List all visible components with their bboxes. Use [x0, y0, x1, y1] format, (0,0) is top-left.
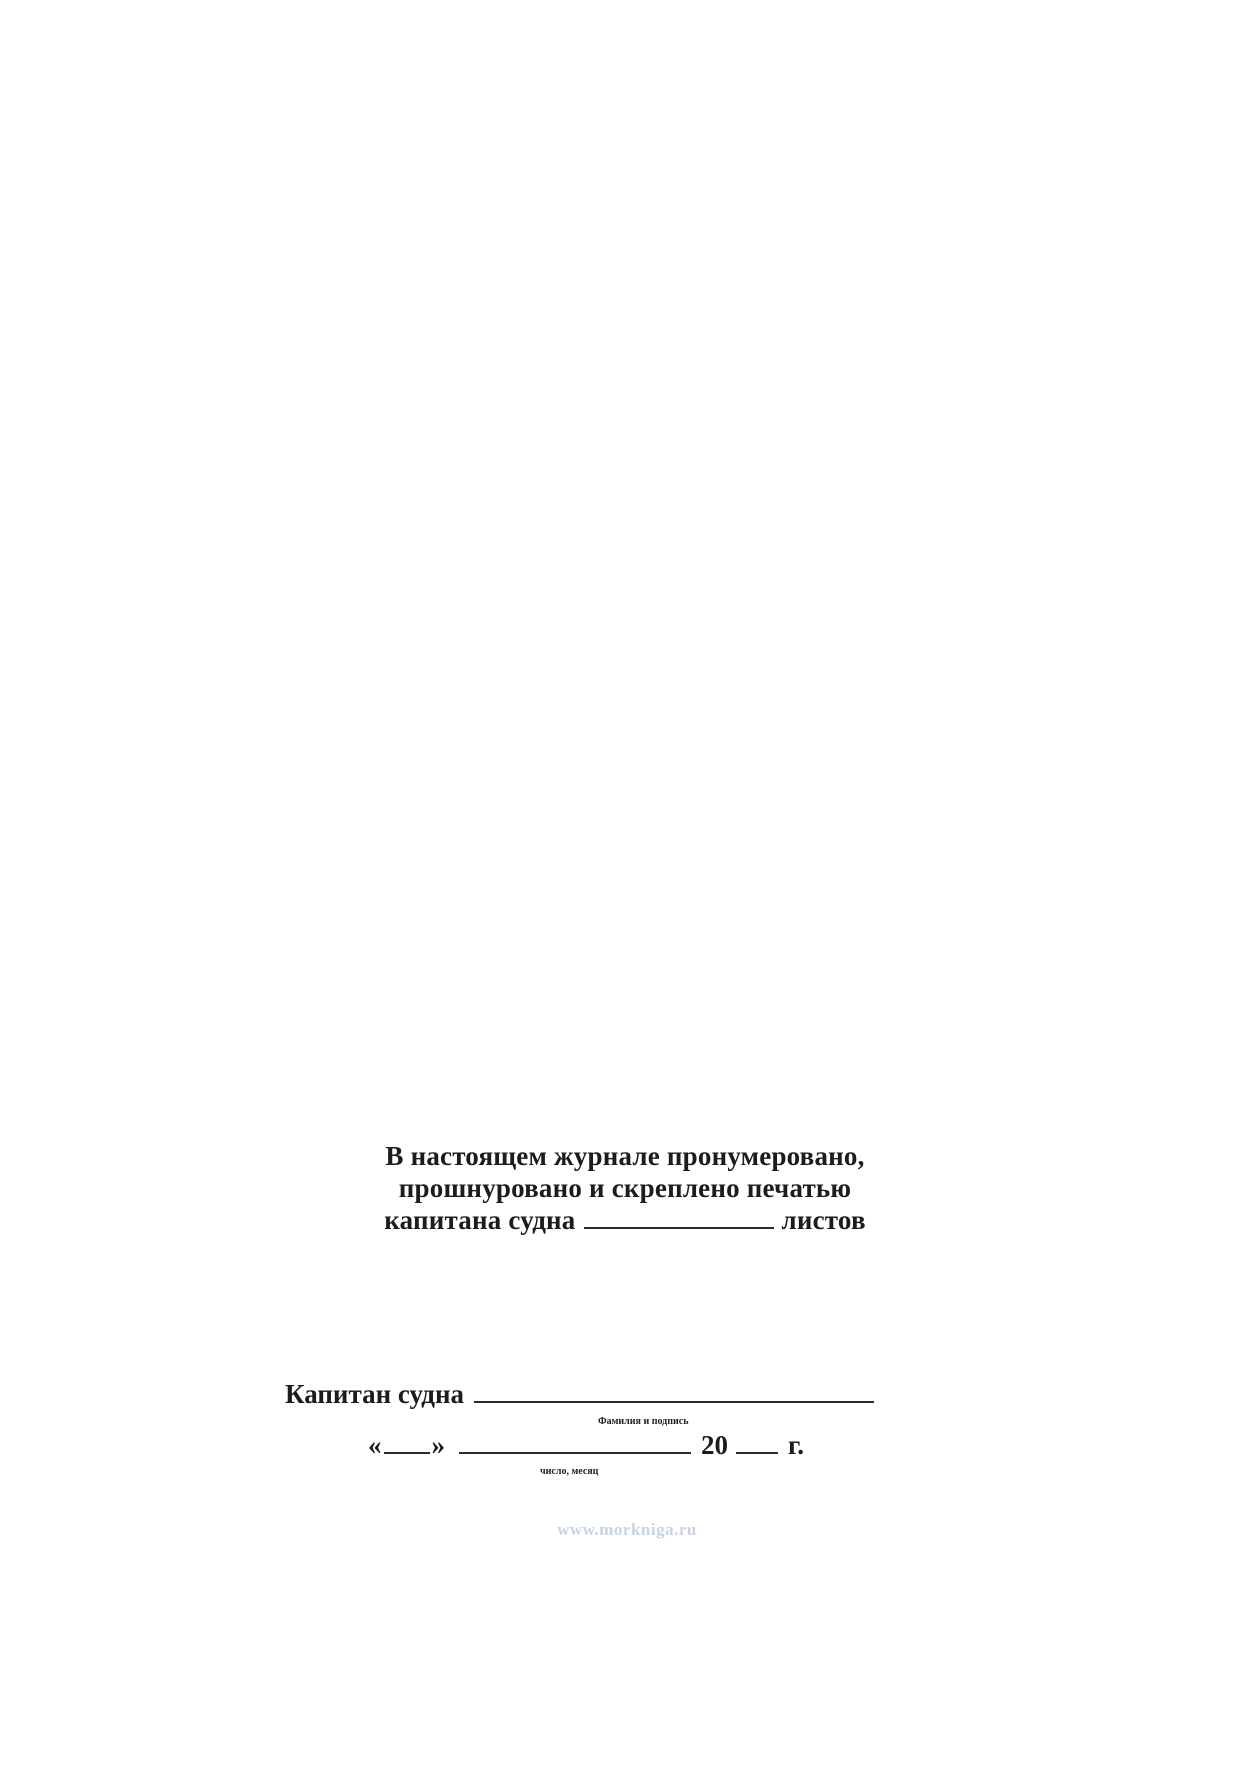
- month-blank: [459, 1434, 691, 1454]
- sheet-count-blank: [584, 1207, 774, 1229]
- document-page: В настоящем журнале пронумеровано, прошн…: [0, 0, 1250, 1785]
- signature-caption: Фамилия и подпись: [598, 1416, 689, 1428]
- date-row: «»20г.: [368, 1429, 804, 1461]
- captain-signature-row: Капитан судна: [285, 1378, 874, 1410]
- signature-blank: [474, 1381, 874, 1403]
- open-quote: «: [368, 1430, 382, 1460]
- statement-line-3-suffix: листов: [782, 1205, 866, 1235]
- close-quote: »: [432, 1430, 446, 1460]
- statement-line-1: В настоящем журнале пронумеровано,: [0, 1140, 1250, 1172]
- captain-label: Капитан судна: [285, 1379, 464, 1409]
- statement-line-3-prefix: капитана судна: [384, 1205, 575, 1235]
- statement-line-2: прошнуровано и скреплено печатью: [0, 1172, 1250, 1204]
- day-blank: [384, 1434, 430, 1454]
- year-prefix: 20: [701, 1430, 728, 1460]
- watermark: www.morkniga.ru: [0, 1520, 1250, 1540]
- date-caption: число, месяц: [540, 1466, 598, 1478]
- year-blank: [736, 1434, 778, 1454]
- year-suffix: г.: [788, 1430, 804, 1460]
- statement-line-3: капитана судналистов: [0, 1204, 1250, 1236]
- numbering-statement: В настоящем журнале пронумеровано, прошн…: [0, 1140, 1250, 1236]
